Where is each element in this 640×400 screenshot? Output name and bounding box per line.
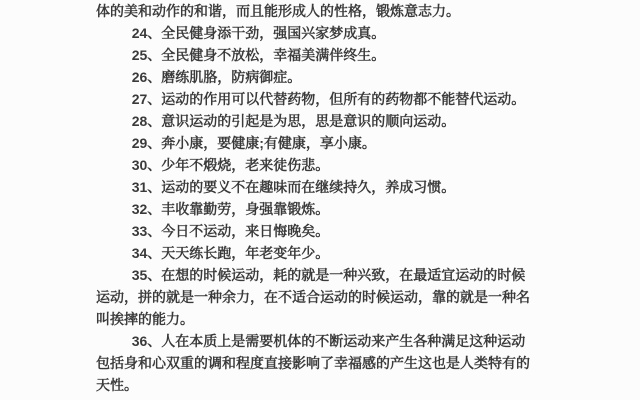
slogan-item-24: 24、全民健身添干劲，强国兴家梦成真。 <box>96 22 532 44</box>
slogan-item-26: 26、磨练肌胳，防病御症。 <box>96 66 532 88</box>
paragraph-continuation: 体的美和动作的和谐，而且能形成人的性格，锻炼意志力。 <box>96 0 532 22</box>
slogan-item-25: 25、全民健身不放松，幸福美满伴终生。 <box>96 44 532 66</box>
slogan-item-27: 27、运动的作用可以代替药物，但所有的药物都不能替代运动。 <box>96 88 532 110</box>
slogan-item-35: 35、在想的时候运动，耗的就是一种兴致，在最适宜运动的时候运动，拼的就是一种余力… <box>96 264 532 330</box>
slogan-item-32: 32、丰收靠勤劳，身强靠锻炼。 <box>96 198 532 220</box>
slogan-item-36: 36、人在本质上是需要机体的不断运动来产生各种满足这种运动包括身和心双重的调和程… <box>96 330 532 396</box>
document-page: 体的美和动作的和谐，而且能形成人的性格，锻炼意志力。 24、全民健身添干劲，强国… <box>96 0 532 396</box>
slogan-item-34: 34、天天练长跑，年老变年少。 <box>96 242 532 264</box>
slogan-item-29: 29、奔小康，要健康;有健康，享小康。 <box>96 132 532 154</box>
slogan-item-31: 31、运动的要义不在趣味而在继续持久，养成习惯。 <box>96 176 532 198</box>
slogan-item-33: 33、今日不运动，来日悔晚矣。 <box>96 220 532 242</box>
slogan-item-28: 28、意识运动的引起是为思，思是意识的顺向运动。 <box>96 110 532 132</box>
slogan-item-30: 30、少年不煅烧，老来徒伤悲。 <box>96 154 532 176</box>
